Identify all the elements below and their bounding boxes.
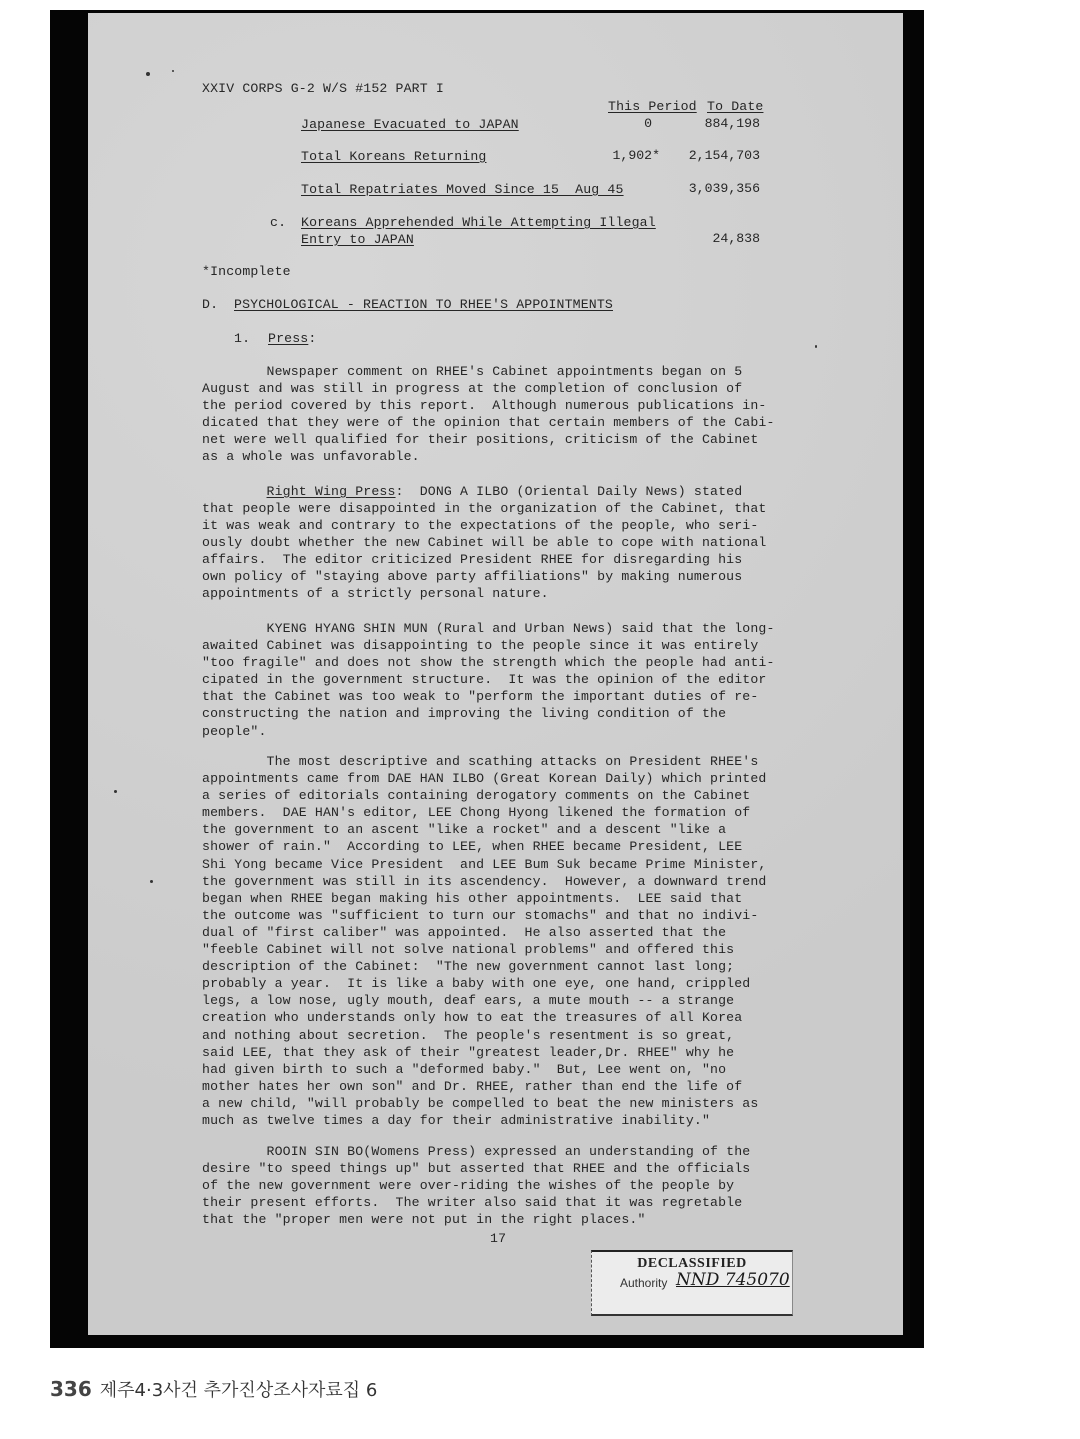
column-header-this-period: This Period [608,98,697,115]
dust-speck [114,790,117,793]
column-header-to-date: To Date [707,98,763,115]
dust-speck [146,72,150,76]
dust-speck [172,70,174,72]
right-wing-press-first-line: : DONG A ILBO (Oriental Daily News) stat… [396,484,743,499]
row-label-japanese-evacuated: Japanese Evacuated to JAPAN [301,116,519,133]
paragraph-rooin-sin-bo: ROOIN SIN BO(Womens Press) expressed an … [202,1143,750,1228]
stamp-authority-value: NND 745070 [676,1270,790,1290]
book-footer: 336제주4·3사건 추가진상조사자료집 6 [50,1376,377,1402]
page-number: 17 [490,1230,506,1247]
footnote: *Incomplete [202,263,291,280]
section-title: PSYCHOLOGICAL - REACTION TO RHEE'S APPOI… [234,296,613,313]
paragraph-right-wing-press: that people were disappointed in the org… [202,500,766,603]
stamp-authority-label: Authority [620,1276,667,1290]
subsection-number: 1. [234,330,250,347]
declassified-stamp: DECLASSIFIED Authority NND 745070 [591,1250,793,1316]
row-label-total-repatriates: Total Repatriates Moved Since 15 Aug 45 [301,181,624,198]
subsection-title: Press: [268,330,316,347]
paragraph-dae-han-ilbo: The most descriptive and scathing attack… [202,753,766,1129]
item-c-to-date: 24,838 [670,231,760,246]
row-this-period-japanese: 0 [600,116,652,131]
row-to-date-japanese: 884,198 [670,116,760,131]
row-label-koreans-returning: Total Koreans Returning [301,148,486,165]
dust-speck [815,345,817,348]
paragraph-newspaper-comment: Newspaper comment on RHEE's Cabinet appo… [202,363,775,466]
document-header: XXIV CORPS G-2 W/S #152 PART I [202,80,444,97]
subsection-colon: : [308,331,316,346]
dust-speck [150,880,153,883]
item-c-letter: c. [270,214,286,231]
book-page-number: 336 [50,1377,92,1401]
row-to-date-repatriates: 3,039,356 [670,181,760,196]
item-c-label-line2: Entry to JAPAN [301,231,414,248]
subsection-title-text: Press [268,331,308,346]
row-this-period-koreans: 1,902* [590,148,660,163]
indent [202,484,267,499]
row-to-date-koreans: 2,154,703 [670,148,760,163]
book-title: 제주4·3사건 추가진상조사자료집 6 [100,1380,378,1401]
paragraph-kyeng-hyang: KYENG HYANG SHIN MUN (Rural and Urban Ne… [202,620,775,740]
section-letter: D. [202,296,218,313]
item-c-label-line1: Koreans Apprehended While Attempting Ill… [301,214,656,231]
paragraph-right-wing-press-first-line: Right Wing Press: DONG A ILBO (Oriental … [202,483,742,500]
right-wing-press-heading: Right Wing Press [267,484,396,499]
